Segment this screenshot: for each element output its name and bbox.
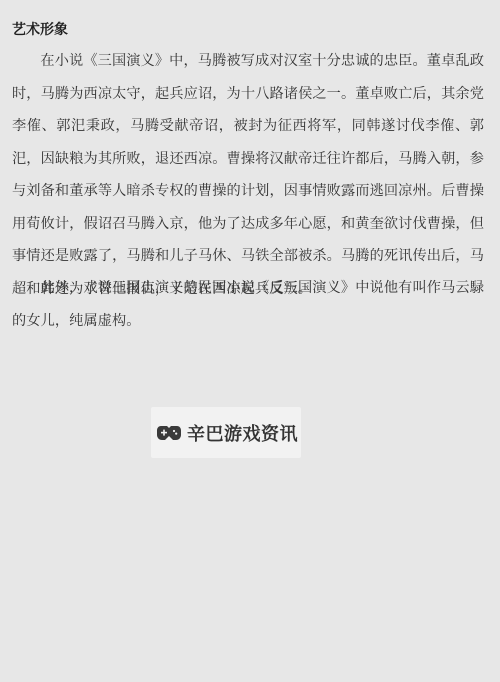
gamepad-icon [157,425,181,441]
article-paragraph: 此外，戏说三国志演义的民国小说《反三国演义》中说他有叫作马云騄的女儿，纯属虚构。 [12,272,484,337]
article-paragraph: 在小说《三国演义》中，马腾被写成对汉室十分忠诚的忠臣。董卓乱政时，马腾为西凉太守… [12,45,484,305]
watermark-text: 辛巴游戏资讯 [187,420,298,446]
watermark-badge: 辛巴游戏资讯 [151,407,301,458]
section-title: 艺术形象 [12,19,68,39]
